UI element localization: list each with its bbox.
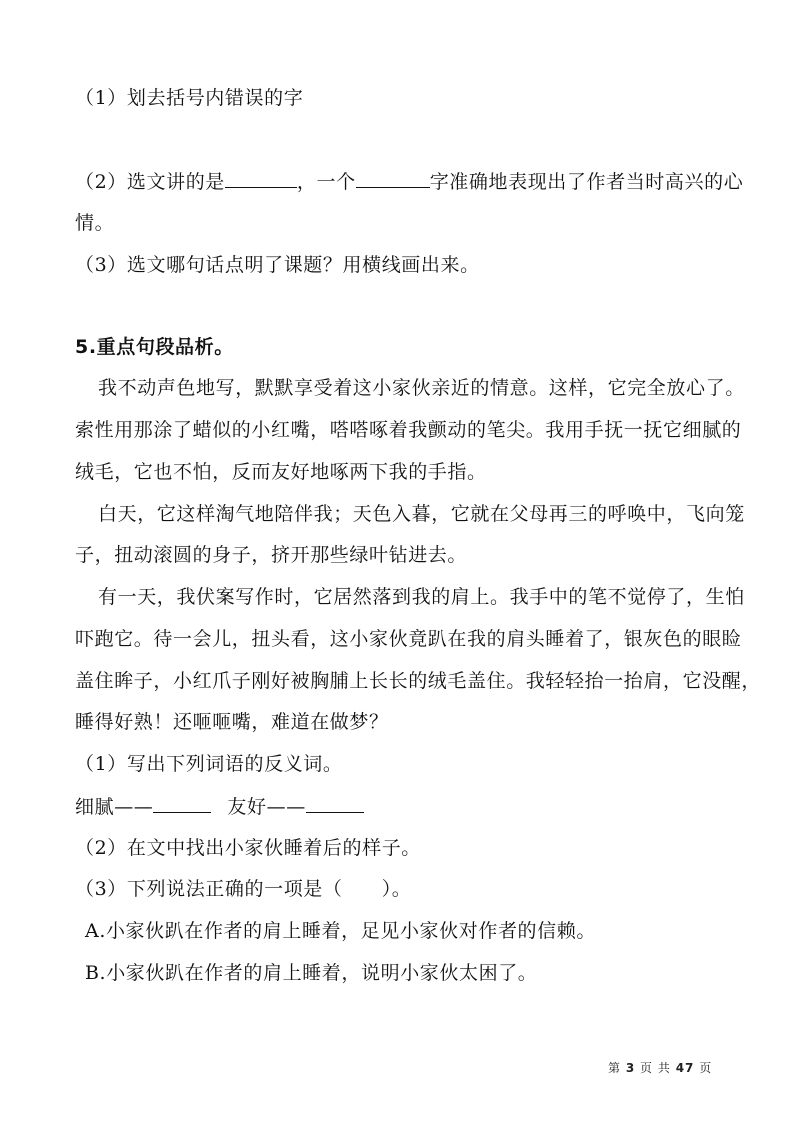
passage-line: 子，扭动滚圆的身子，挤开那些绿叶钻进去。 [75,543,467,567]
section5-question-2: （2）在文中找出小家伙睡着后的样子。 [75,836,421,860]
question-2-continuation: 情。 [75,211,114,235]
q2-suffix: 字准确地表现出了作者当时高兴的心 [430,171,744,193]
passage-line: 索性用那涂了蜡似的小红嘴，嗒嗒啄着我颤动的笔尖。我用手抚一抚它细腻的 [75,418,741,442]
q2-middle: ，一个 [297,171,356,193]
q2-prefix: （2）选文讲的是 [75,171,225,193]
question-2-fill-blank: （2）选文讲的是，一个字准确地表现出了作者当时高兴的心 [75,169,743,194]
page-footer: 第 3 页 共 47 页 [608,1061,712,1075]
section5-question-3: （3）下列说法正确的一项是（ ）。 [75,877,411,901]
passage-line: 睡得好熟！还咂咂嘴，难道在做梦？ [75,710,389,734]
antonym-1-blank[interactable] [153,794,211,813]
section-5-heading: 5.重点句段品析。 [75,335,234,359]
section5-question-1: （1）写出下列词语的反义词。 [75,752,343,776]
antonym-2-label: 友好—— [227,796,305,818]
passage-line: 有一天，我伏案写作时，它居然落到我的肩上。我手中的笔不觉停了，生怕 [98,585,745,609]
passage-line: 盖住眸子，小红爪子刚好被胸脯上长长的绒毛盖住。我轻轻抬一抬肩，它没醒， [75,669,761,693]
passage-line: 吓跑它。待一会儿，扭头看，这小家伙竟趴在我的肩头睡着了，银灰色的眼睑 [75,627,741,651]
option-b[interactable]: B.小家伙趴在作者的肩上睡着，说明小家伙太困了。 [85,961,537,985]
passage-line: 白天，它这样淘气地陪伴我；天色入暮，它就在父母再三的呼唤中，飞向笼 [98,502,745,526]
q2-blank-1[interactable] [225,169,297,188]
option-a[interactable]: A.小家伙趴在作者的肩上睡着，足见小家伙对作者的信赖。 [85,919,596,943]
antonym-row: 细腻——友好—— [75,794,364,819]
question-1-strike-wrong-char: （1）划去括号内错误的字 [75,86,303,110]
footer-pre: 第 [608,1061,621,1075]
passage-line: 绒毛，它也不怕，反而友好地啄两下我的手指。 [75,460,487,484]
q2-blank-2[interactable] [356,169,430,188]
total-page-count: 47 [676,1061,695,1075]
antonym-1-label: 细腻—— [75,796,153,818]
antonym-2-blank[interactable] [306,794,364,813]
question-3-underline-title-sentence: （3）选文哪句话点明了课题？用横线画出来。 [75,253,480,277]
footer-post: 页 [699,1061,712,1075]
current-page-number: 3 [626,1061,635,1075]
footer-mid: 页 共 [640,1061,671,1075]
passage-line: 我不动声色地写，默默享受着这小家伙亲近的情意。这样，它完全放心了。 [98,376,745,400]
